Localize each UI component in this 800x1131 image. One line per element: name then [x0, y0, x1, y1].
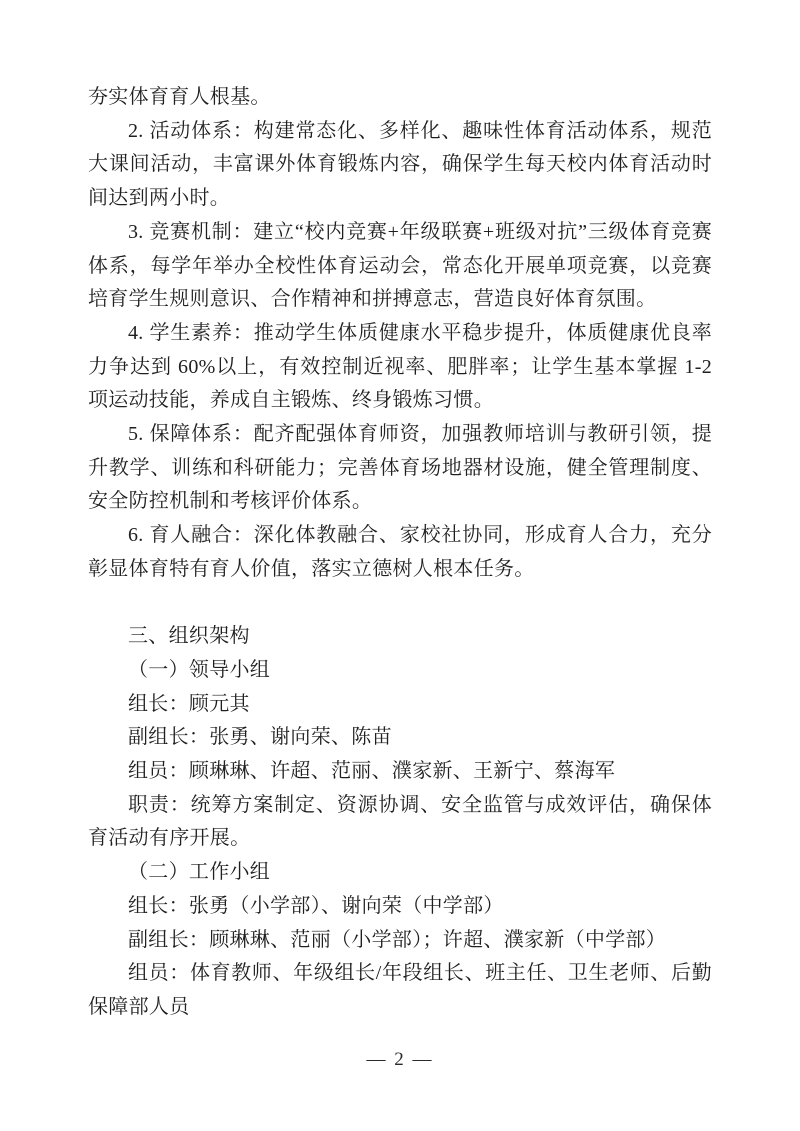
blank-line — [88, 587, 712, 621]
document-text-block: 夯实体育育人根基。 2. 活动体系：构建常态化、多样化、趣味性体育活动体系，规范… — [88, 81, 712, 1025]
working-group-members: 组员：体育教师、年级组长/年段组长、班主任、卫生老师、后勤保障部人员 — [88, 957, 712, 1024]
goal-item-support-system: 5. 保障体系：配齐配强体育师资，加强教师培训与教研引领，提升教学、训练和科研能… — [88, 418, 712, 519]
leading-group-members: 组员：顾琳琳、许超、范丽、濮家新、王新宁、蔡海军 — [88, 755, 712, 789]
leading-group-title: （一）领导小组 — [88, 654, 712, 688]
goal-item-education-integration: 6. 育人融合：深化体教融合、家校社协同，形成育人合力，充分彰显体育特有育人价值… — [88, 519, 712, 586]
section-heading-organization: 三、组织架构 — [88, 620, 712, 654]
leading-group-leader: 组长：顾元其 — [88, 688, 712, 722]
intro-continuation-line: 夯实体育育人根基。 — [88, 81, 712, 115]
leading-group-duties: 职责：统筹方案制定、资源协调、安全监管与成效评估，确保体育活动有序开展。 — [88, 789, 712, 856]
working-group-title: （二）工作小组 — [88, 856, 712, 890]
goal-item-activity-system: 2. 活动体系：构建常态化、多样化、趣味性体育活动体系，规范大课间活动，丰富课外… — [88, 115, 712, 216]
document-page: 夯实体育育人根基。 2. 活动体系：构建常态化、多样化、趣味性体育活动体系，规范… — [0, 0, 800, 1131]
working-group-deputy-leaders: 副组长：顾琳琳、范丽（小学部）；许超、濮家新（中学部） — [88, 924, 712, 958]
page-number-footer: — 2 — — [0, 1049, 800, 1071]
working-group-leaders: 组长：张勇（小学部）、谢向荣（中学部） — [88, 890, 712, 924]
leading-group-deputy-leaders: 副组长：张勇、谢向荣、陈苗 — [88, 721, 712, 755]
goal-item-student-quality: 4. 学生素养：推动学生体质健康水平稳步提升，体质健康优良率力争达到 60%以上… — [88, 317, 712, 418]
goal-item-competition-mechanism: 3. 竞赛机制：建立“校内竞赛+年级联赛+班级对抗”三级体育竞赛体系，每学年举办… — [88, 216, 712, 317]
